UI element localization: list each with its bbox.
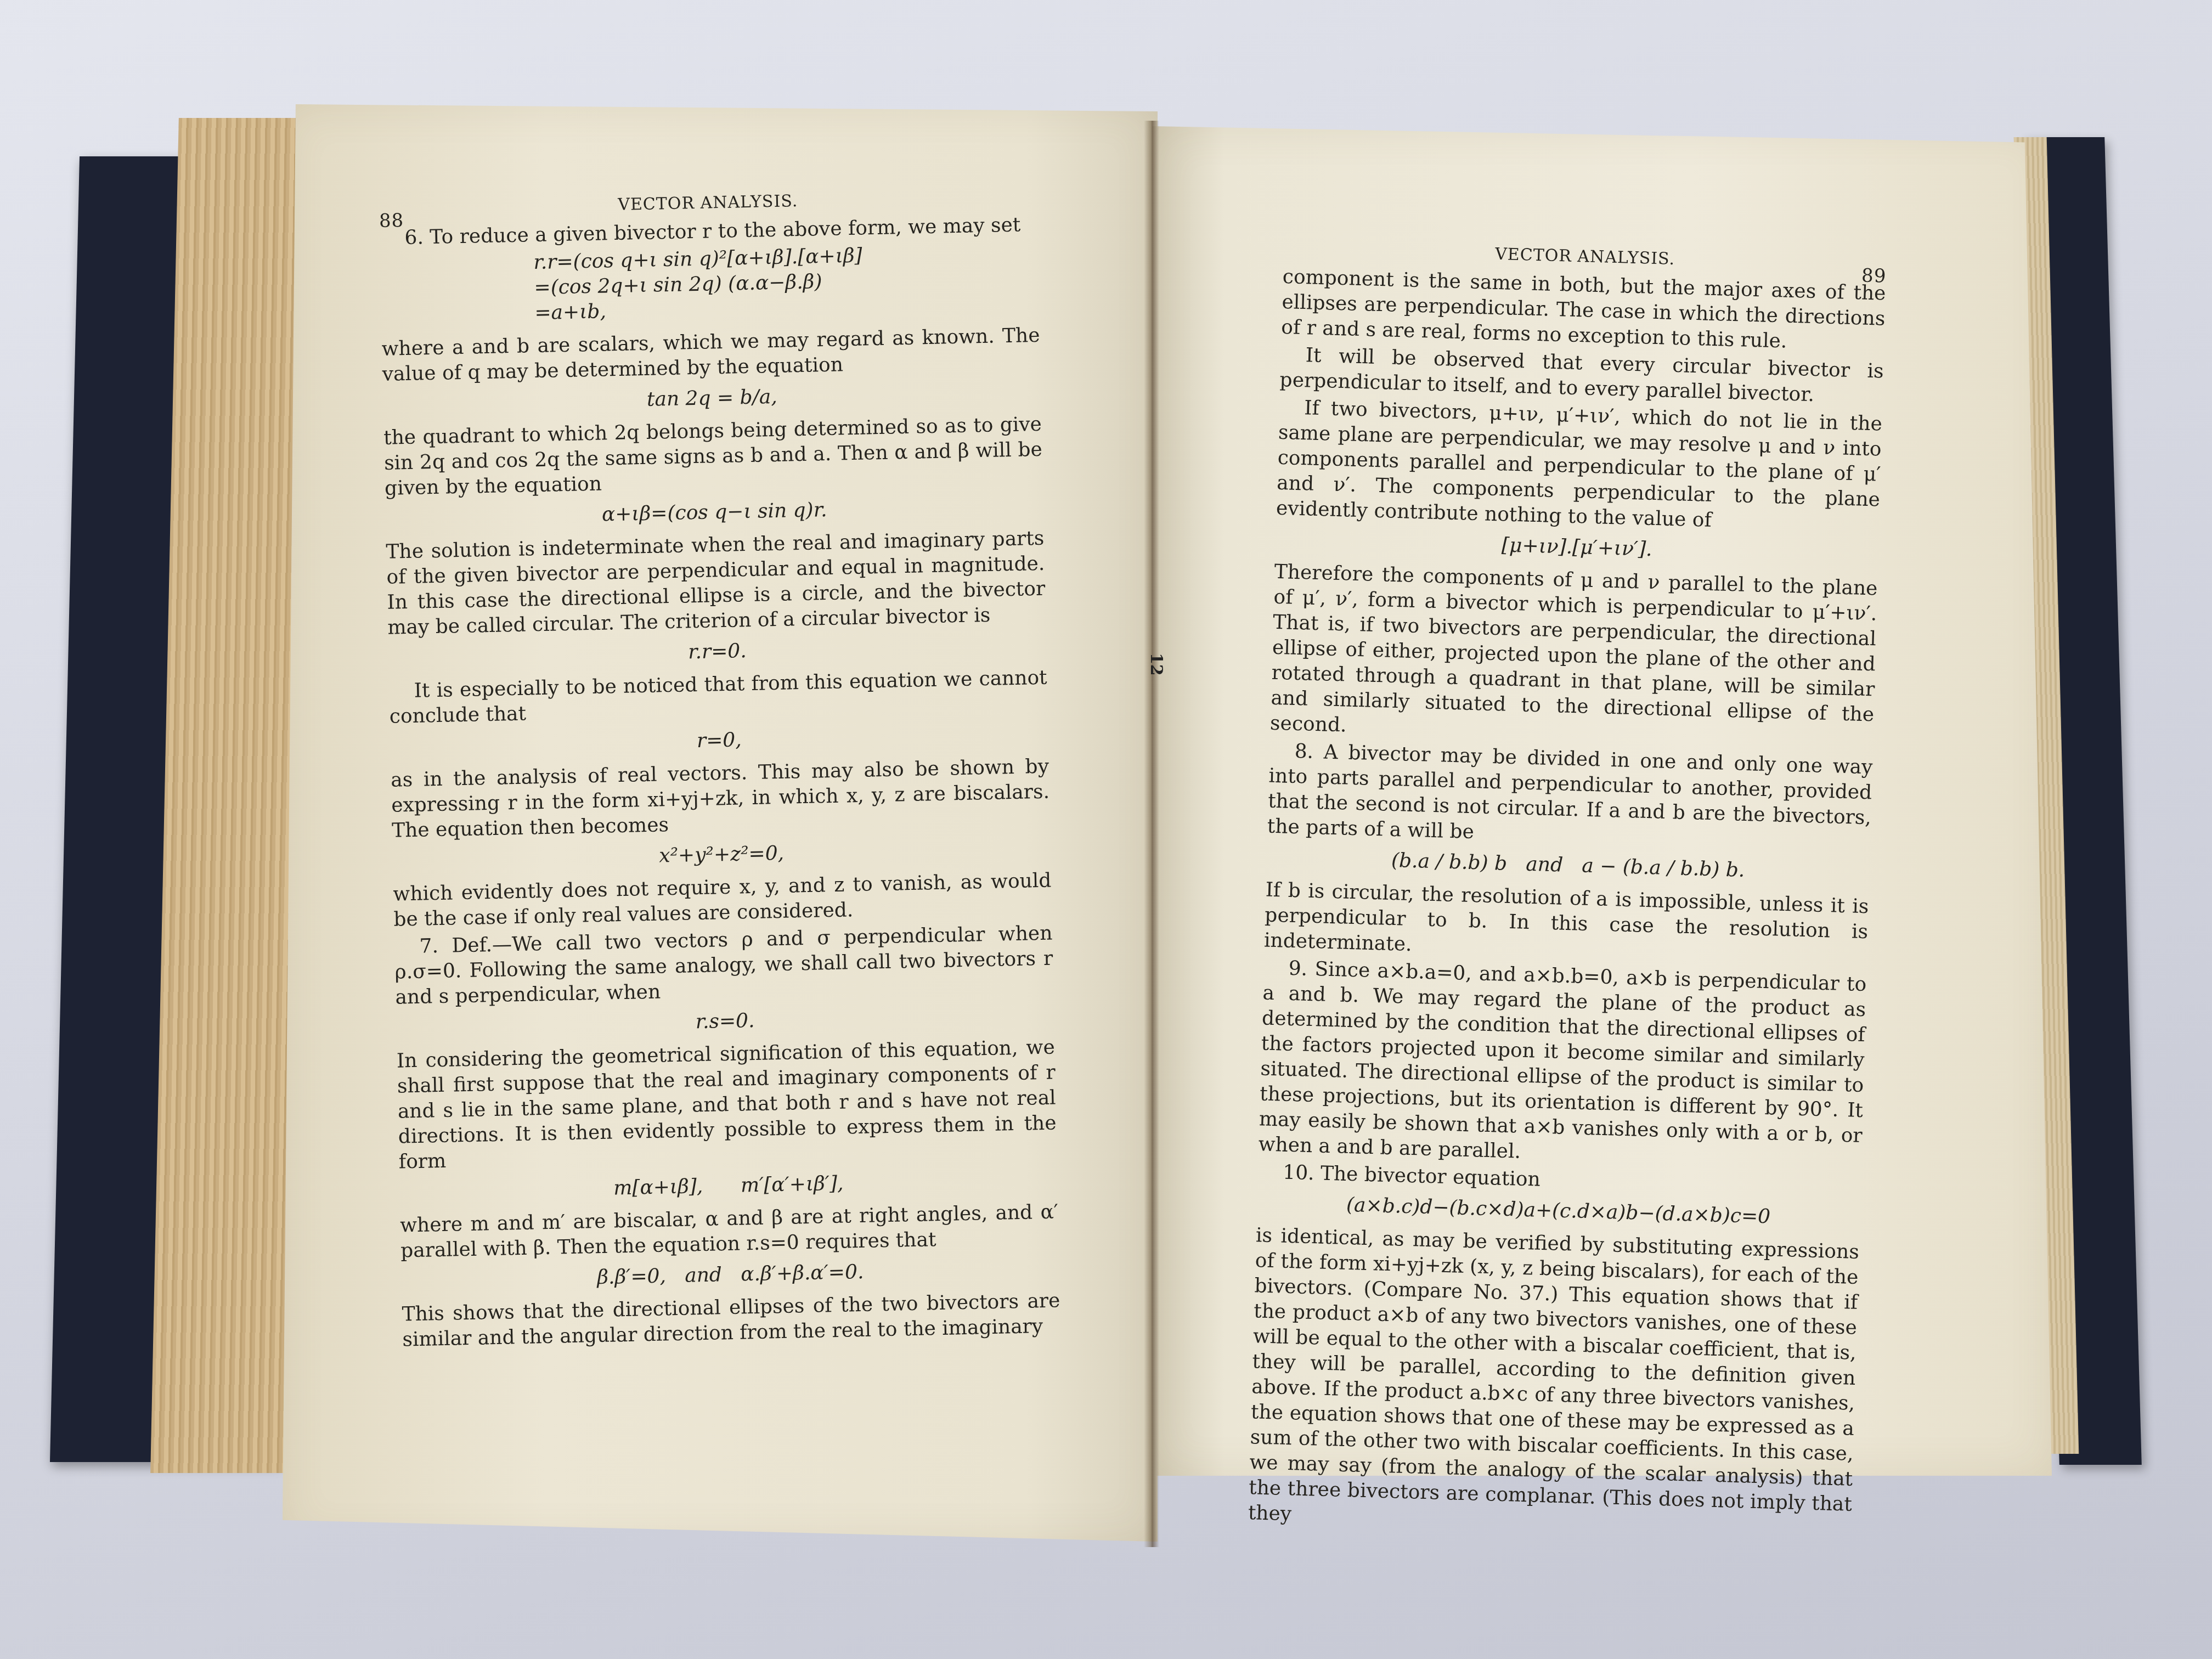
- page-number-right: 89: [1861, 263, 1887, 289]
- paragraph: This shows that the directional ellipses…: [402, 1288, 1061, 1352]
- running-head-title: VECTOR ANALYSIS.: [1495, 245, 1675, 269]
- right-page-text: VECTOR ANALYSIS. 89 component is the sam…: [1248, 236, 1887, 1545]
- paragraph: 8. A bivector may be divided in one and …: [1267, 738, 1873, 856]
- running-head-title: VECTOR ANALYSIS.: [618, 191, 798, 215]
- paragraph: The solution is indeterminate when the r…: [386, 526, 1046, 641]
- paragraph: component is the same in both, but the m…: [1281, 264, 1886, 357]
- book-gutter: [1144, 121, 1159, 1547]
- paragraph: the quadrant to which 2q belongs being d…: [383, 412, 1043, 501]
- paragraph: If two bivectors, μ+ιν, μ′+ιν′, which do…: [1276, 395, 1882, 538]
- signature-mark: 12: [1147, 653, 1166, 676]
- paragraph: 7. Def.—We call two vectors ρ and σ perp…: [394, 921, 1054, 1011]
- paragraph: where m and m′ are biscalar, α and β are…: [400, 1199, 1059, 1263]
- equation-group: r.r=(cos q+ι sin q)²[α+ιβ].[α+ιβ]=(cos 2…: [533, 240, 1040, 326]
- paragraph: as in the analysis of real vectors. This…: [391, 754, 1051, 844]
- right-page-body: component is the same in both, but the m…: [1248, 264, 1886, 1543]
- paragraph: If b is circular, the resolution of a is…: [1263, 878, 1869, 970]
- left-page-text: 88 VECTOR ANALYSIS. 6. To reduce a given…: [379, 184, 1061, 1355]
- paragraph: 9. Since a×b.a=0, and a×b.b=0, a×b is pe…: [1258, 955, 1867, 1174]
- left-page-body: 6. To reduce a given bivector r to the a…: [379, 212, 1061, 1353]
- paragraph: where a and b are scalars, which we may …: [381, 323, 1041, 387]
- paragraph: is identical, as may be verified by subs…: [1248, 1223, 1859, 1542]
- paragraph: It is especially to be noticed that from…: [388, 665, 1048, 730]
- page-number-left: 88: [379, 208, 404, 234]
- paragraph: Therefore the components of μ and ν para…: [1270, 560, 1878, 753]
- paragraph: In considering the geometrical significa…: [397, 1035, 1058, 1175]
